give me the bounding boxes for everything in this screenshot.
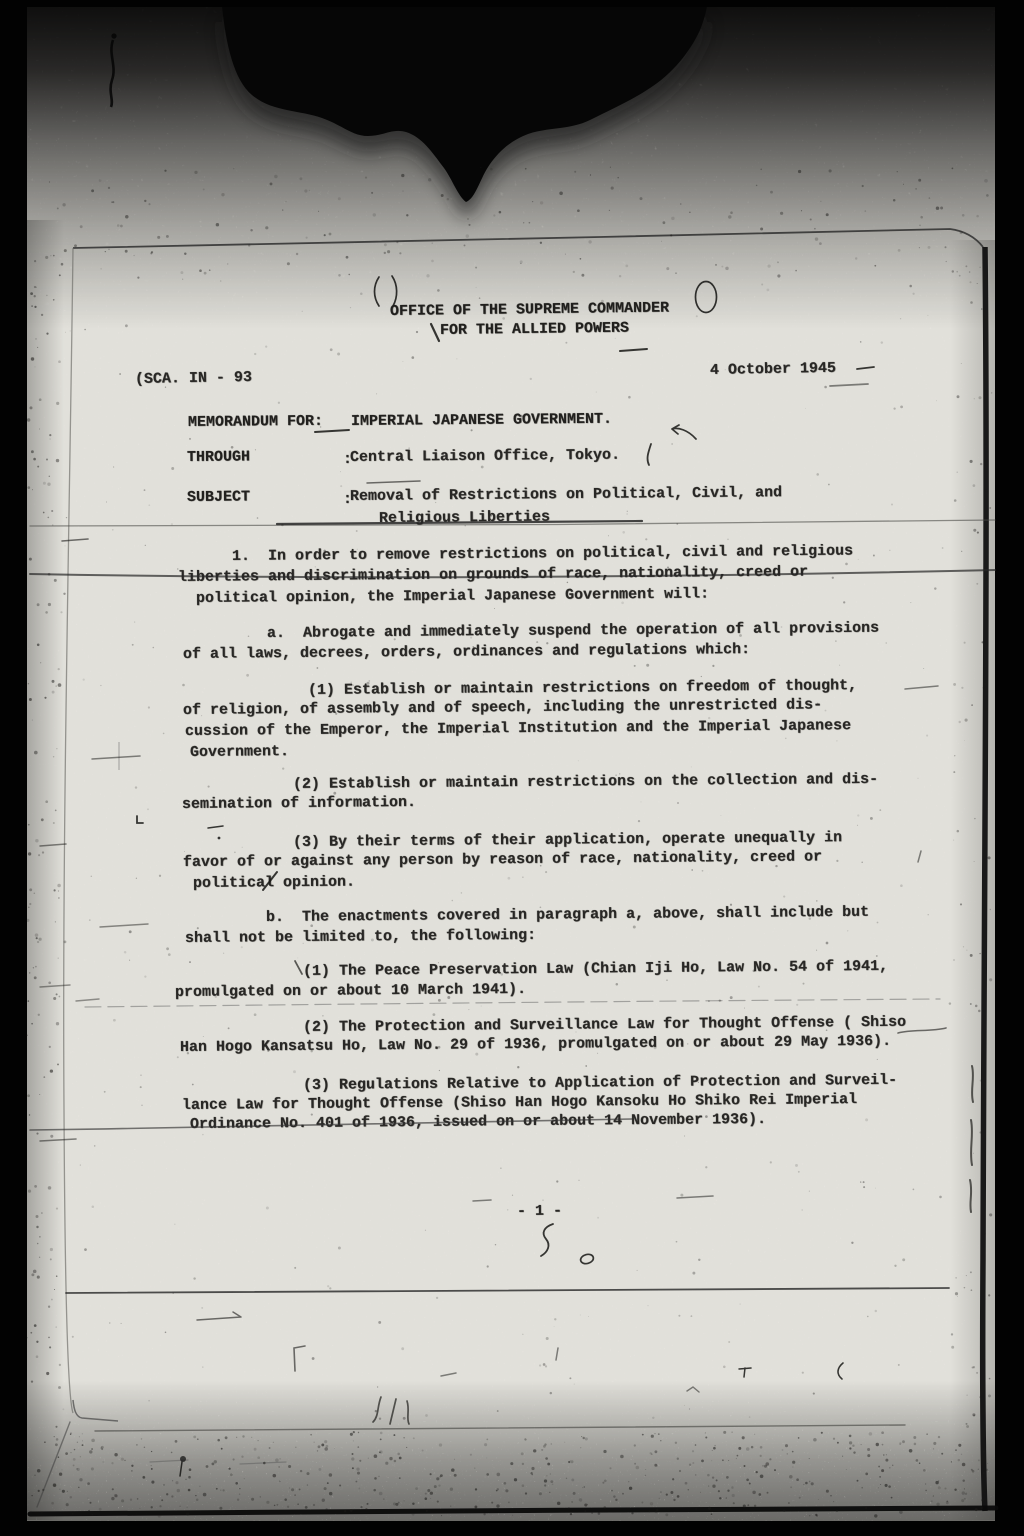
para-a1-line-3: cussion of the Emperor, the Imperial Ins… xyxy=(185,717,851,740)
para-b1-line-1: (1) The Peace Preservation Law (Chian Ij… xyxy=(303,958,888,980)
page-number: - 1 - xyxy=(517,1203,562,1220)
para-b-line-1: b. The enactments covered in paragraph a… xyxy=(266,904,869,926)
para-b1-line-2: promulgated on or about 10 March 1941). xyxy=(175,981,526,1001)
subject-value-line-2: Religious Liberties xyxy=(379,509,550,527)
memo-text: OFFICE OF THE SUPREME COMMANDER FOR THE … xyxy=(0,0,1024,1536)
through-value: Central Liaison Office, Tokyo. xyxy=(350,447,620,466)
para-a-line-1: a. Abrogate and immediately suspend the … xyxy=(267,620,879,642)
date: 4 October 1945 xyxy=(710,360,836,379)
para-1-line-1: 1. In order to remove restrictions on po… xyxy=(232,543,853,565)
para-a1-line-4: Government. xyxy=(190,743,289,761)
para-a1-line-1: (1) Establish or maintain restrictions o… xyxy=(308,677,857,699)
through-label: THROUGH xyxy=(187,448,250,466)
memo-for-value: IMPERIAL JAPANESE GOVERNMENT. xyxy=(351,411,612,430)
para-b-line-2: shall not be limited to, the following: xyxy=(185,927,536,947)
para-a2-line-2: semination of information. xyxy=(182,794,416,813)
para-a3-line-2: favor of or against any person by reason… xyxy=(183,848,822,871)
scanned-memo-page: OFFICE OF THE SUPREME COMMANDER FOR THE … xyxy=(0,0,1024,1536)
memo-for-label: MEMORANDUM FOR: xyxy=(188,413,323,431)
para-a1-line-2: of religion, of assembly and of speech, … xyxy=(183,696,822,719)
para-a2-line-1: (2) Establish or maintain restrictions o… xyxy=(293,771,878,793)
subject-label: SUBJECT xyxy=(187,488,250,506)
para-1-line-3: political opinion, the Imperial Japanese… xyxy=(196,586,709,607)
para-1-line-2: liberties and discrimination on grounds … xyxy=(178,564,808,586)
para-a3-line-3: political opinion. xyxy=(193,874,355,892)
para-b2-line-2: Han Hogo Kansatsu Ho, Law No. 29 of 1936… xyxy=(180,1033,891,1056)
para-a-line-2: of all laws, decrees, orders, ordinances… xyxy=(183,641,750,663)
para-a3-line-1: (3) By their terms of their application,… xyxy=(293,829,842,851)
letterhead-line-2: FOR THE ALLIED POWERS xyxy=(440,320,629,339)
reference-number: (SCA. IN - 93 xyxy=(135,369,252,388)
letterhead-line-1: OFFICE OF THE SUPREME COMMANDER xyxy=(390,300,669,320)
subject-value-line-1: Removal of Restrictions on Political, Ci… xyxy=(350,484,782,505)
para-b3-line-3: Ordinance No. 401 of 1936, issued on or … xyxy=(190,1111,766,1133)
